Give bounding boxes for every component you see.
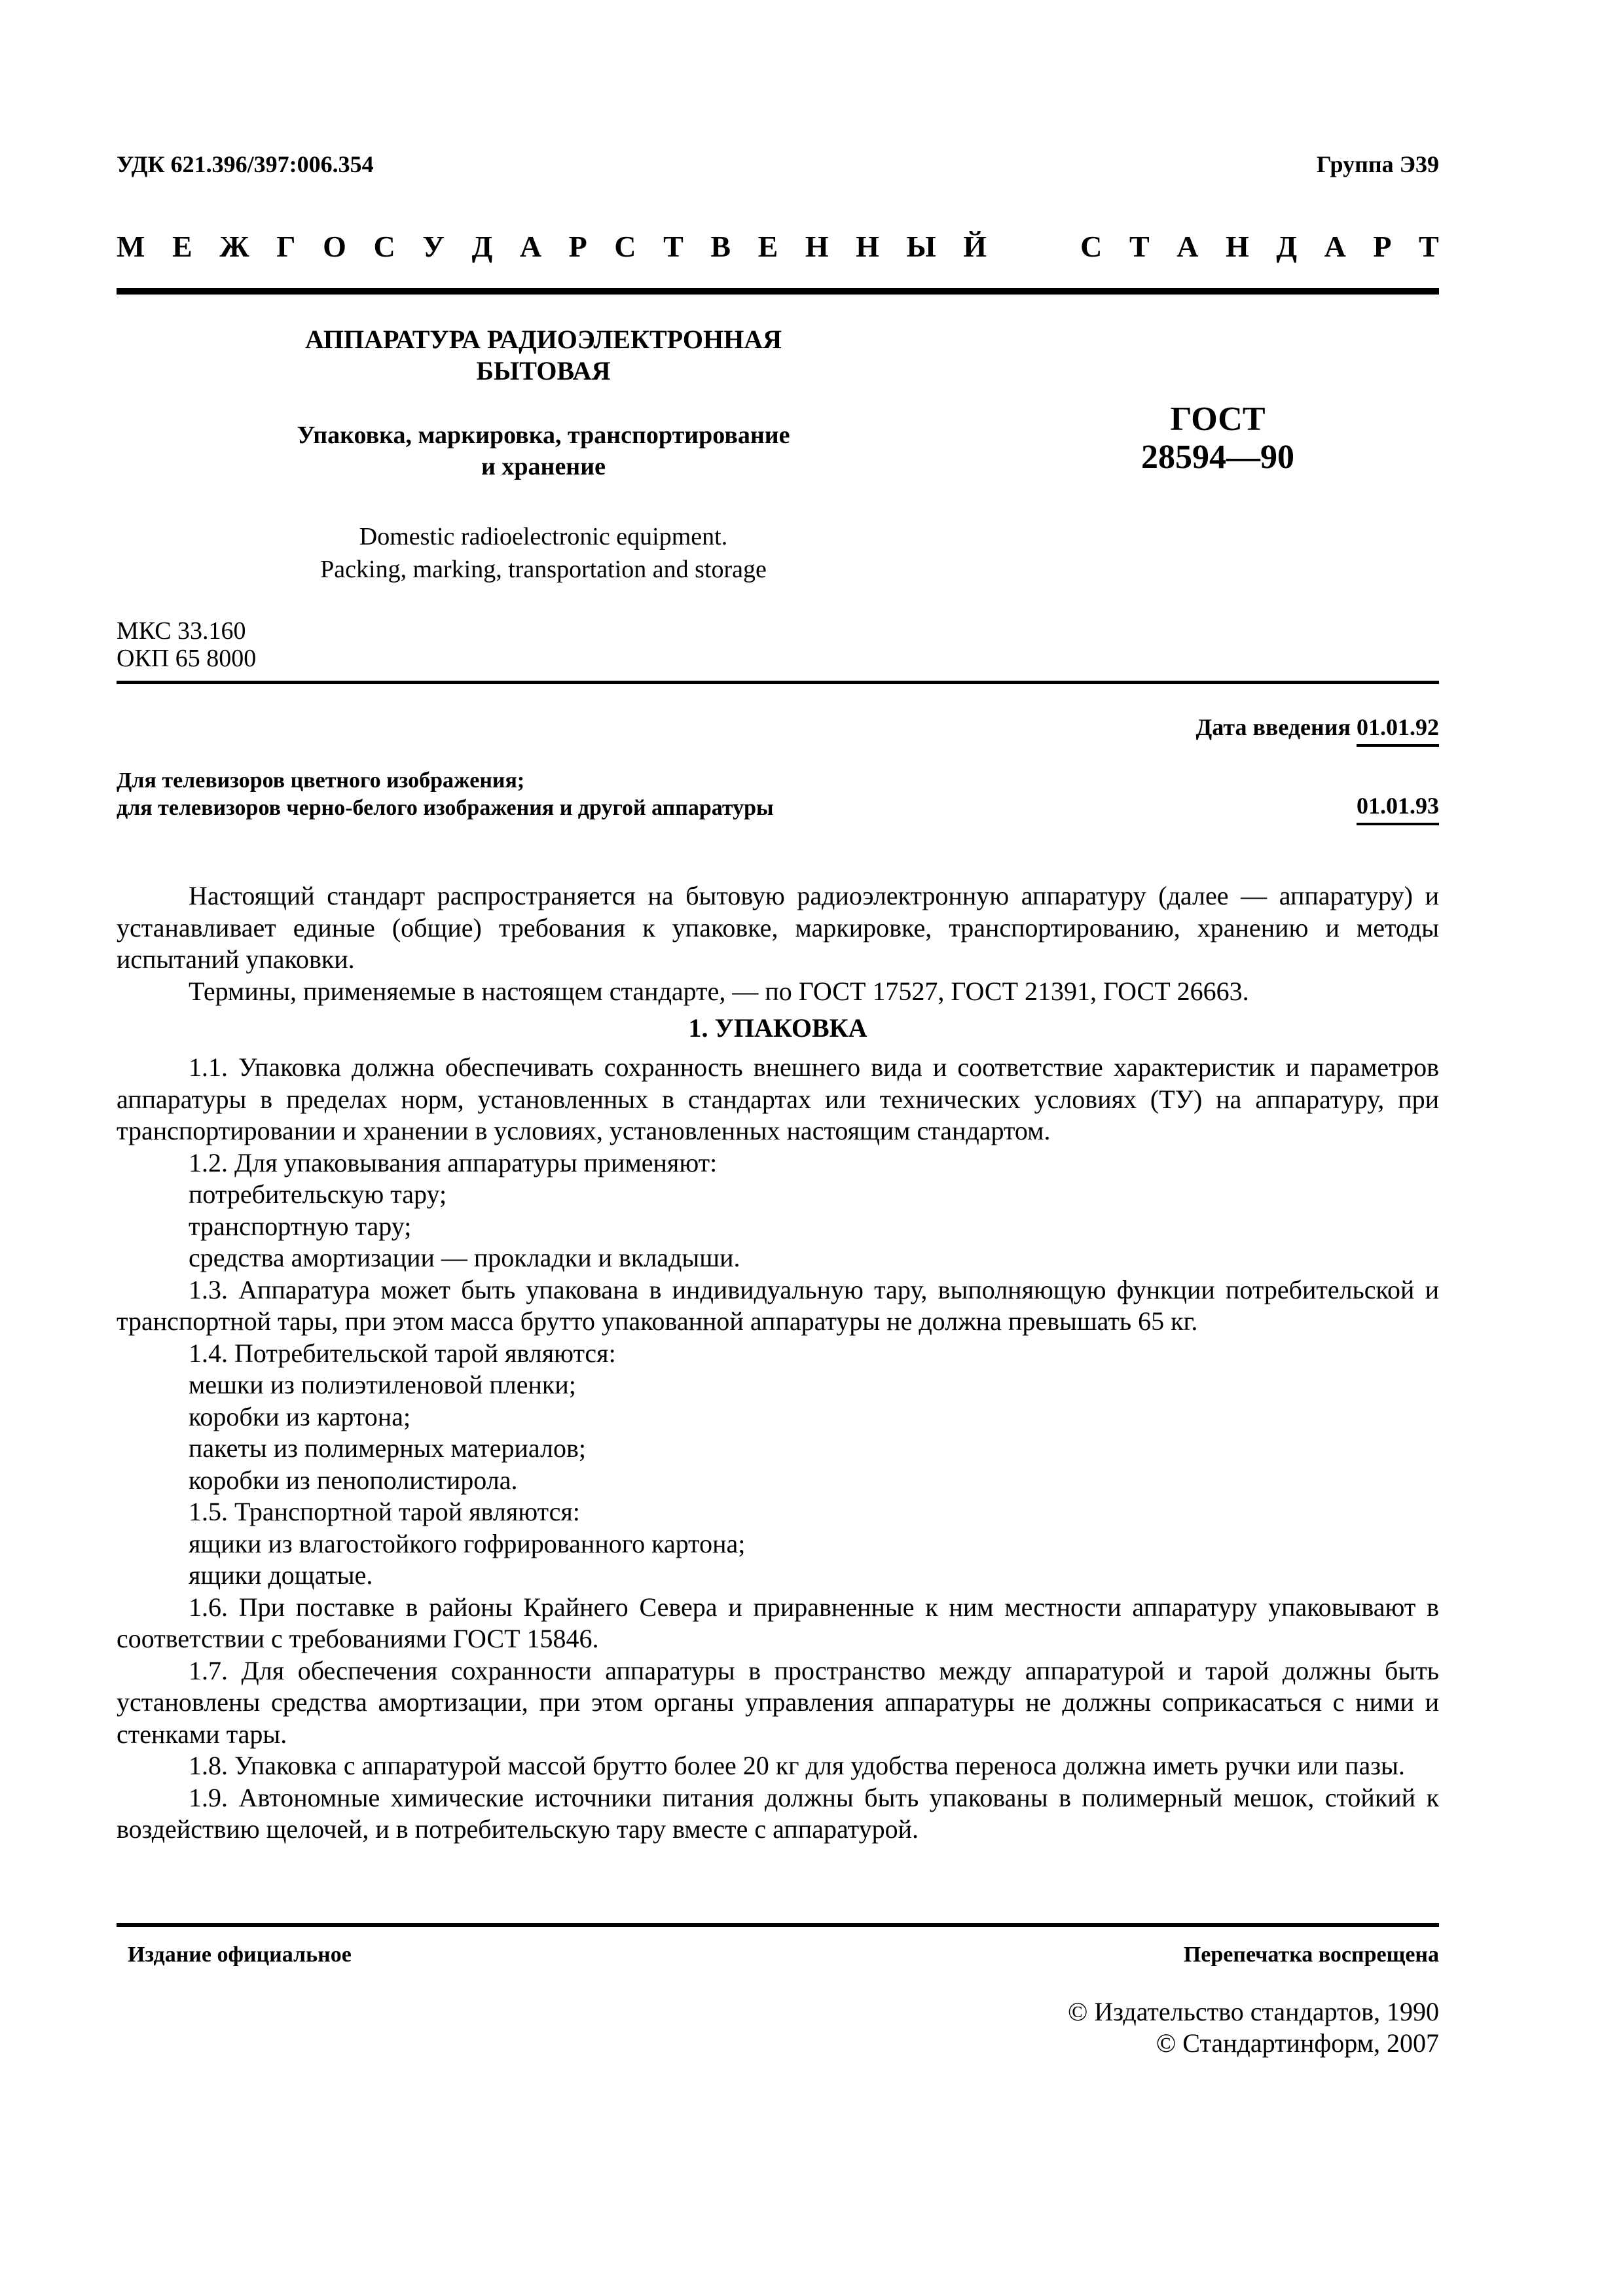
- reprint-prohibited-label: Перепечатка воспрещена: [1184, 1943, 1439, 1967]
- document-body: Настоящий стандарт распространяется на б…: [117, 880, 1439, 1846]
- heading-letter: Г: [276, 229, 295, 264]
- classification-rule: [117, 681, 1439, 684]
- heading-letter: М: [117, 229, 145, 264]
- heading-letter: Й: [963, 229, 987, 264]
- clause-1-1: 1.1. Упаковка должна обеспечивать сохран…: [117, 1052, 1439, 1147]
- clause-1-8: 1.8. Упаковка с аппаратурой массой брутт…: [117, 1750, 1439, 1782]
- heading-letter: С: [373, 229, 395, 264]
- gost-designation: ГОСТ 28594—90: [1061, 401, 1375, 476]
- title-block: АППАРАТУРА РАДИОЭЛЕКТРОННАЯ БЫТОВАЯ Упак…: [216, 324, 871, 586]
- heading-letter: А: [1176, 229, 1198, 264]
- heading-letter: С: [1080, 229, 1102, 264]
- heading-letter: Р: [1373, 229, 1391, 264]
- english-title: Domestic radioelectronic equipment. Pack…: [216, 520, 871, 586]
- heading-letter: О: [323, 229, 346, 264]
- introduction-date: Дата введения 01.01.92: [1196, 713, 1440, 741]
- heading-letter: Т: [663, 229, 684, 264]
- list-item: мешки из полиэтиленовой пленки;: [117, 1369, 1439, 1401]
- list-item: потребительскую тару;: [117, 1179, 1439, 1211]
- list-item: транспортную тару;: [117, 1211, 1439, 1243]
- list-item: ящики из влагостойкого гофрированного ка…: [117, 1528, 1439, 1560]
- document-title: АППАРАТУРА РАДИОЭЛЕКТРОННАЯ БЫТОВАЯ: [216, 324, 871, 387]
- heading-letter: Н: [1226, 229, 1249, 264]
- clause-1-6: 1.6. При поставке в районы Крайнего Севе…: [117, 1592, 1439, 1655]
- top-thick-rule: [117, 288, 1439, 295]
- copyright-line: © Издательство стандартов, 1990: [1068, 1996, 1439, 2028]
- heading-letter: Н: [805, 229, 829, 264]
- heading-letter: Д: [1276, 229, 1297, 264]
- heading-letter: Ж: [219, 229, 249, 264]
- footer-rule: [117, 1923, 1439, 1927]
- clause-1-3: 1.3. Аппаратура может быть упакована в и…: [117, 1274, 1439, 1338]
- list-item: пакеты из полимерных материалов;: [117, 1433, 1439, 1465]
- clause-1-5: 1.5. Транспортной тарой являются:: [117, 1496, 1439, 1528]
- official-edition-label: Издание официальное: [128, 1943, 352, 1967]
- intro-paragraph: Настоящий стандарт распространяется на б…: [117, 880, 1439, 976]
- heading-letter: Т: [1419, 229, 1439, 264]
- group-code: Группа Э39: [1317, 151, 1439, 178]
- heading-letter: С: [614, 229, 636, 264]
- heading-letter: Д: [472, 229, 493, 264]
- heading-letter: В: [710, 229, 731, 264]
- word-gap: [1014, 229, 1053, 264]
- heading-letter: Н: [856, 229, 879, 264]
- introduction-date-value: 01.01.92: [1357, 714, 1439, 747]
- heading-letter: Т: [1129, 229, 1150, 264]
- clause-1-4: 1.4. Потребительской тарой являются:: [117, 1338, 1439, 1370]
- heading-letter: Ы: [907, 229, 936, 264]
- udk-code: УДК 621.396/397:006.354: [117, 151, 374, 178]
- document-subtitle: Упаковка, маркировка, транспортирование …: [216, 420, 871, 482]
- list-item: средства амортизации — прокладки и вклад…: [117, 1242, 1439, 1274]
- heading-letter: А: [520, 229, 541, 264]
- okp-code: ОКП 65 8000: [117, 645, 256, 672]
- mks-code: МКС 33.160: [117, 617, 256, 645]
- heading-letter: Р: [569, 229, 587, 264]
- heading-letter: У: [422, 229, 445, 264]
- list-item: ящики дощатые.: [117, 1560, 1439, 1592]
- section-heading: 1. УПАКОВКА: [117, 1013, 1439, 1044]
- copyright-block: © Издательство стандартов, 1990 © Станда…: [1068, 1996, 1439, 2059]
- clause-1-7: 1.7. Для обеспечения сохранности аппарат…: [117, 1655, 1439, 1751]
- terms-paragraph: Термины, применяемые в настоящем стандар…: [117, 976, 1439, 1008]
- clause-1-9: 1.9. Автономные химические источники пит…: [117, 1782, 1439, 1846]
- copyright-line: © Стандартинформ, 2007: [1068, 2028, 1439, 2059]
- applicability-note: Для телевизоров цветного изображения; дл…: [117, 767, 774, 822]
- list-item: коробки из пенополистирола.: [117, 1465, 1439, 1497]
- list-item: коробки из картона;: [117, 1401, 1439, 1433]
- heading-letter: Е: [758, 229, 778, 264]
- interstate-standard-heading: МЕЖГОСУДАРСТВЕННЫЙСТАНДАРТ: [117, 229, 1439, 264]
- classification-codes: МКС 33.160 ОКП 65 8000: [117, 617, 256, 672]
- tv-introduction-date: 01.01.93: [1357, 792, 1439, 819]
- heading-letter: Е: [172, 229, 192, 264]
- heading-letter: А: [1324, 229, 1346, 264]
- clause-1-2: 1.2. Для упаковывания аппаратуры применя…: [117, 1147, 1439, 1179]
